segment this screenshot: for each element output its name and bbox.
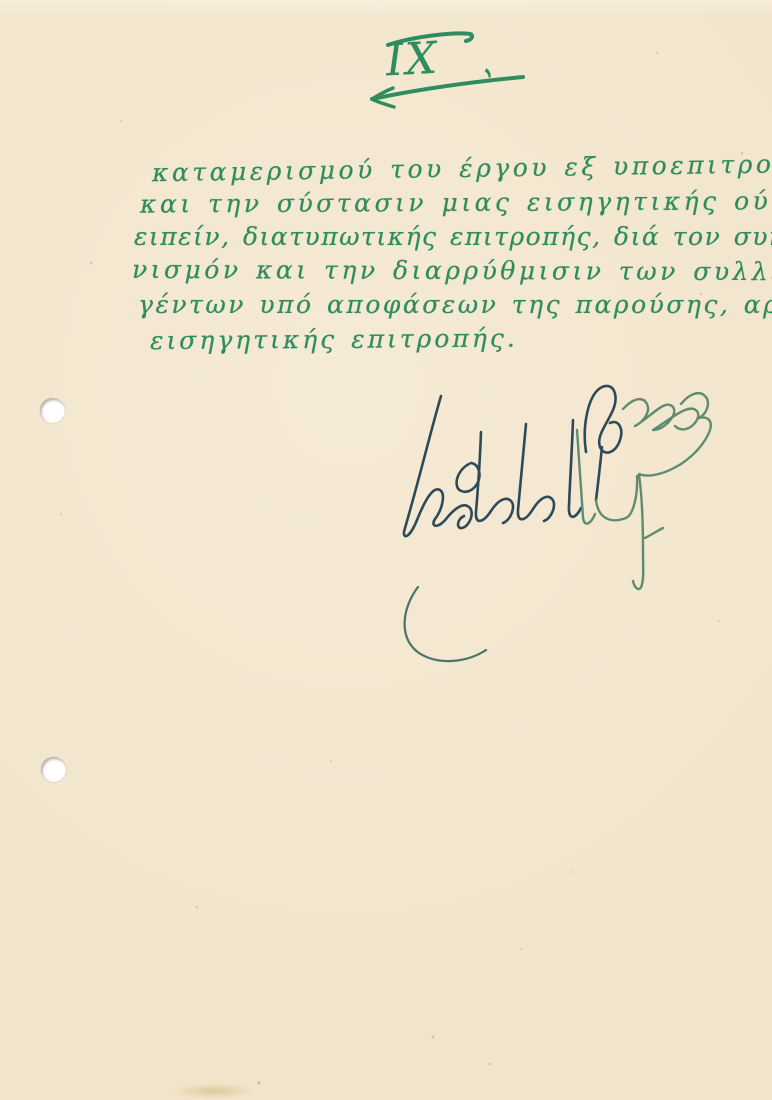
page-number-heading: IX xyxy=(385,37,440,84)
handwritten-line: εισηγητικής επιτροπής. xyxy=(150,320,760,358)
hole-punch-bottom xyxy=(41,757,66,782)
paper-specks xyxy=(0,0,2,2)
handwritten-line: γέντων υπό αποφάσεων της παρούσης, αρμοδ… xyxy=(138,288,760,322)
paper-smudge xyxy=(172,1084,256,1098)
handwritten-paragraph: καταμερισμού του έργου εξ υποεπιτροπής κ… xyxy=(132,152,760,356)
handwritten-line: νισμόν και την διαρρύθμισιν των συλλε- xyxy=(132,253,760,289)
handwritten-line: ειπείν, διατυπωτικής επιτροπής, διά τον … xyxy=(134,220,760,254)
hole-punch-top xyxy=(40,398,65,423)
pen-flourish-curve xyxy=(392,578,502,670)
handwritten-line: και την σύστασιν μιας εισηγητικής ούτως xyxy=(140,184,760,221)
manuscript-page: IX , καταμερισμού του έργου εξ υποεπιτρο… xyxy=(0,0,772,1100)
